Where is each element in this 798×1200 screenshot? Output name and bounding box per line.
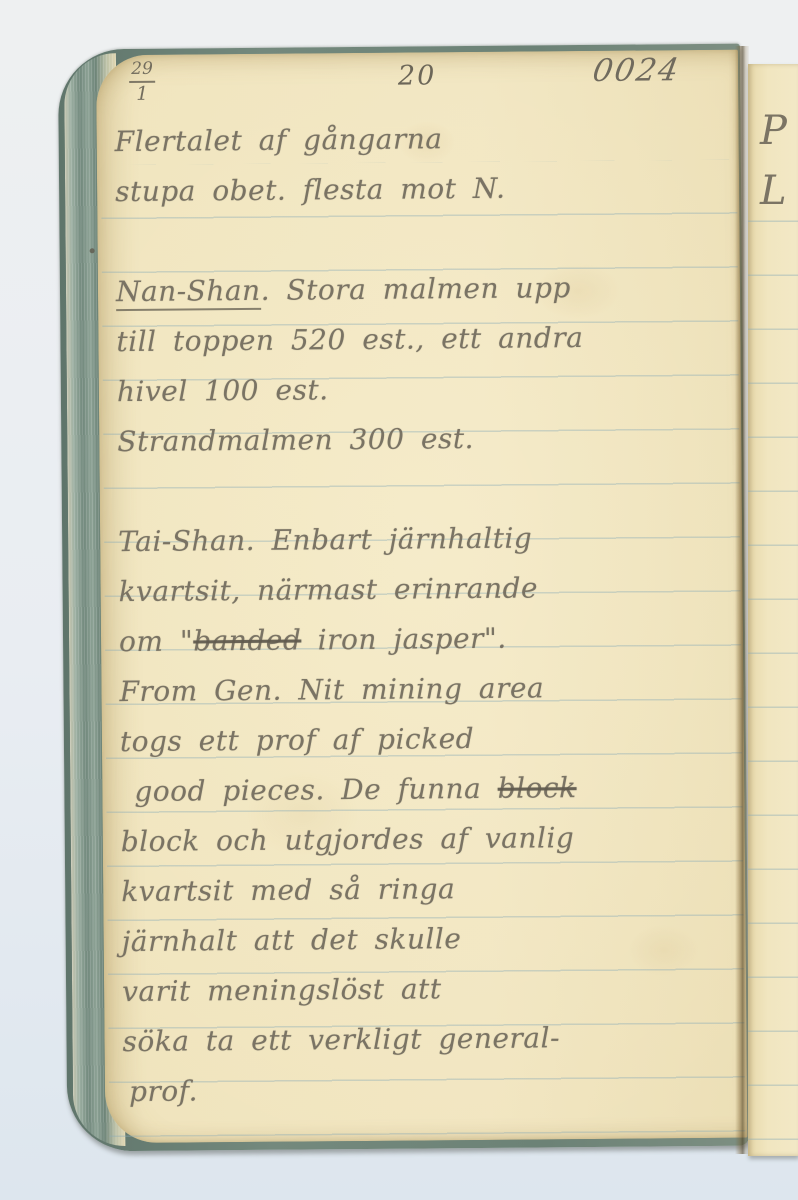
handwriting-line: good pieces. De funna block [120, 762, 738, 817]
handwriting-fragment: L [760, 168, 787, 214]
handwriting-segment: prof. [129, 1074, 198, 1108]
handwriting-line: From Gen. Nit mining area [119, 662, 737, 717]
handwriting-line: prof. [123, 1062, 741, 1117]
notebook-left-block: 29 1 20 0024 Flertalet af gångarnastupa … [0, 0, 798, 1200]
handwriting-segment: om " [119, 624, 193, 658]
handwriting-segment: . Stora malmen upp [260, 271, 570, 307]
handwriting-line: togs ett prof af picked [120, 712, 738, 767]
scanned-notebook-photo: 29 1 20 0024 Flertalet af gångarnastupa … [0, 0, 798, 1200]
handwriting-line: stupa obet. flesta mot N. [115, 162, 733, 217]
handwriting-line: till toppen 520 est., ett andra [116, 312, 734, 367]
handwriting-segment: järnhalt att det skulle [122, 922, 462, 958]
handwriting-segment: söka ta ett verkligt general- [122, 1021, 560, 1058]
handwriting-line: Tai-Shan. Enbart järnhaltig [118, 512, 736, 567]
handwriting-segment: block och utgjordes af vanlig [121, 821, 575, 858]
handwriting-line: Strandmalmen 300 est. [117, 412, 735, 467]
handwriting-line: Flertalet af gångarna [114, 112, 732, 167]
ruled-lines-right [748, 168, 798, 1150]
handwriting-segment: Nan-Shan [116, 274, 261, 311]
notebook-page-right: P L [748, 64, 798, 1156]
handwriting-segment: banded [193, 624, 301, 658]
handwriting-line: Nan-Shan. Stora malmen upp [116, 262, 734, 317]
handwriting-segment: Flertalet af gångarna [115, 122, 443, 158]
handwriting-fragment: P [760, 108, 787, 154]
archive-stamp: 0024 [590, 52, 683, 89]
handwriting-line: söka ta ett verkligt general- [122, 1012, 740, 1067]
handwriting-line: järnhalt att det skulle [121, 912, 739, 967]
handwriting-segment: hivel 100 est. [117, 373, 329, 408]
handwriting-segment: iron jasper". [301, 622, 507, 657]
handwriting-line: kvartsit med så ringa [121, 862, 739, 917]
handwriting-segment: till toppen 520 est., ett andra [116, 321, 583, 358]
handwriting-lines: Flertalet af gångarnastupa obet. flesta … [114, 112, 741, 1117]
handwriting-segment: varit meningslöst att [122, 972, 442, 1008]
handwriting-line: hivel 100 est. [117, 362, 735, 417]
handwriting-line: kvartsit, närmast erinrande [118, 562, 736, 617]
handwriting-line: om "banded iron jasper". [119, 612, 737, 667]
handwriting-line [115, 212, 733, 267]
handwriting-line: varit meningslöst att [122, 962, 740, 1017]
handwriting-line [118, 462, 736, 517]
handwriting-segment: togs ett prof af picked [120, 722, 474, 758]
margin-dot [90, 248, 95, 253]
notebook-page-left: 29 1 20 0024 Flertalet af gångarnastupa … [96, 50, 747, 1144]
handwriting-line: block och utgjordes af vanlig [121, 812, 739, 867]
handwriting-segment: good pieces. De funna [134, 772, 498, 808]
handwriting-segment: kvartsit, närmast erinrande [118, 571, 538, 608]
handwriting-segment: Strandmalmen 300 est. [117, 422, 474, 458]
handwriting-segment: Tai-Shan. Enbart järnhaltig [118, 521, 532, 558]
binding-gutter [735, 46, 749, 1154]
handwriting-segment: block [498, 771, 577, 805]
handwriting-segment: kvartsit med så ringa [121, 872, 455, 908]
handwriting-segment: From Gen. Nit mining area [119, 671, 544, 708]
handwriting-segment: stupa obet. flesta mot N. [115, 172, 506, 208]
